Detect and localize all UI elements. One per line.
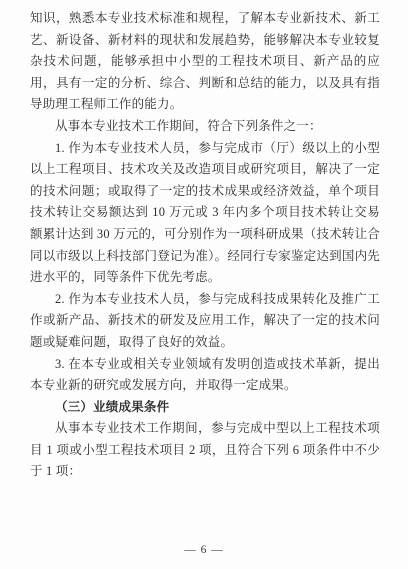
paragraph-item-1: 1. 作为本专业技术人员，参与完成市（厅）级以上的小型以上工程项目、技术攻关及改… [30,138,380,289]
section-heading: （三）业绩成果条件 [30,397,380,419]
paragraph-continuation: 知识，熟悉本专业技术标准和规程，了解本专业新技术、新工艺、新设备、新材料的现状和… [30,8,380,116]
page-number: — 6 — [0,544,408,556]
paragraph-conditions-intro: 从事本专业技术工作期间，符合下列条件之一： [30,116,380,138]
paragraph-item-2: 2. 作为本专业技术人员，参与完成科技成果转化及推广工作或新产品、新技术的研发及… [30,289,380,354]
text-block: 知识，熟悉本专业技术标准和规程，了解本专业新技术、新工艺、新设备、新材料的现状和… [30,8,380,483]
paragraph-item-3: 3. 在本专业或相关专业领域有发明创造或技术革新，提出本专业新的研究或发展方向，… [30,354,380,397]
paragraph-achievement-intro: 从事本专业技术工作期间，参与完成中型以上工程技术项目 1 项或小型工程技术项目 … [30,418,380,483]
document-page: 知识，熟悉本专业技术标准和规程，了解本专业新技术、新工艺、新设备、新材料的现状和… [0,0,408,569]
